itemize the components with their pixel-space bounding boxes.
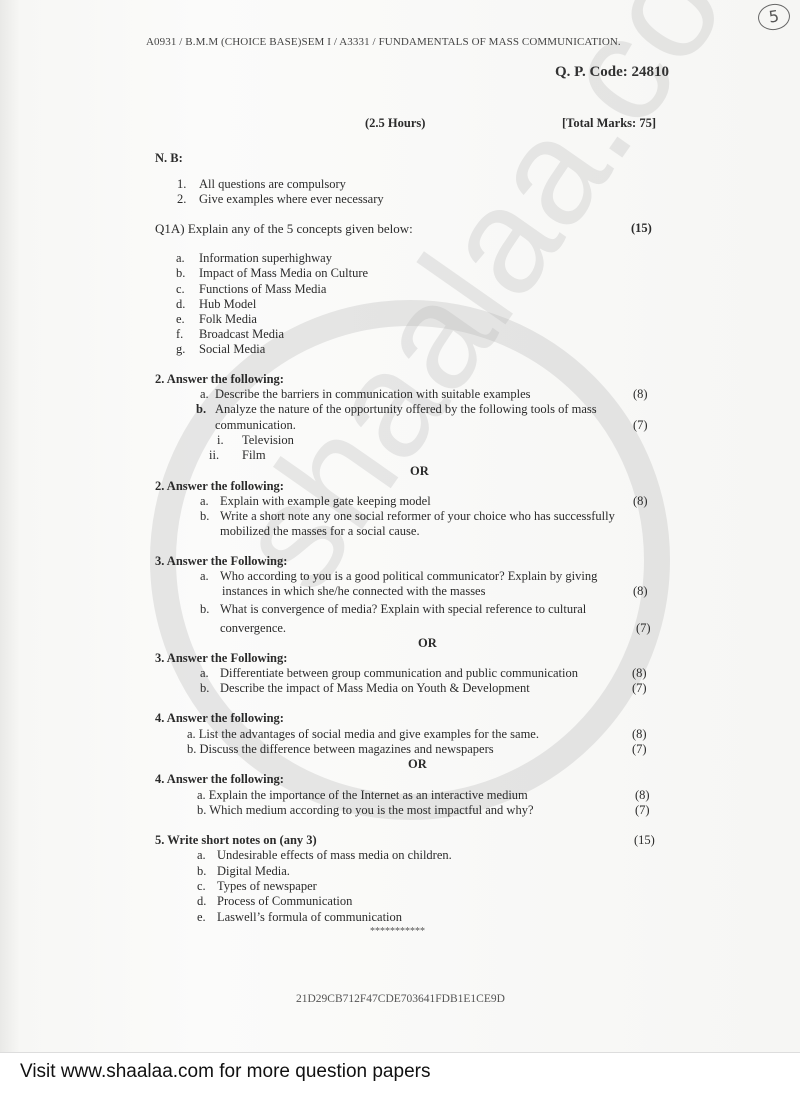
q2-item-label: b. — [196, 402, 206, 417]
document-hash: 21D29CB712F47CDE703641FDB1E1CE9D — [296, 993, 505, 1005]
q5-item-label: d. — [197, 894, 206, 909]
q4-item: a. List the advantages of social media a… — [187, 727, 539, 742]
q5-item: Process of Communication — [217, 894, 352, 909]
footer-link-text[interactable]: Visit www.shaalaa.com for more question … — [20, 1061, 430, 1083]
q3-item-cont: instances in which she/he connected with… — [222, 584, 485, 599]
nb-item-num: 2. — [177, 192, 186, 207]
q5-title: 5. Write short notes on (any 3) — [155, 833, 317, 848]
q3-alt-item: Describe the impact of Mass Media on You… — [220, 681, 530, 696]
q1-item-label: a. — [176, 251, 185, 266]
q2-subitem: Film — [242, 448, 266, 463]
q2-title: 2. Answer the following: — [155, 372, 284, 387]
q1-item-label: d. — [176, 297, 185, 312]
page-number-badge: 5 — [756, 2, 791, 32]
q2-alt-title: 2. Answer the following: — [155, 479, 284, 494]
q1-item: Impact of Mass Media on Culture — [199, 266, 368, 281]
or-divider: OR — [408, 757, 427, 772]
q3-title: 3. Answer the Following: — [155, 554, 287, 569]
q1-item: Hub Model — [199, 297, 256, 312]
scanned-page: shaalaa.com 5 A0931 / B.M.M (CHOICE BASE… — [0, 0, 800, 1052]
q4-alt-title: 4. Answer the following: — [155, 772, 284, 787]
q1-item-label: g. — [176, 342, 185, 357]
q3-alt-item-marks: (7) — [632, 681, 647, 696]
q5-item: Undesirable effects of mass media on chi… — [217, 848, 452, 863]
q2-alt-item-marks: (8) — [633, 494, 648, 509]
q1-title: Q1A) Explain any of the 5 concepts given… — [155, 221, 413, 237]
q4-title: 4. Answer the following: — [155, 711, 284, 726]
q1-marks: (15) — [631, 221, 652, 236]
q4-alt-item: a. Explain the importance of the Interne… — [197, 788, 528, 803]
q5-item-label: e. — [197, 910, 206, 925]
q2-subitem-label: i. — [217, 433, 224, 448]
or-divider: OR — [410, 464, 429, 479]
q3-item: Who according to you is a good political… — [220, 569, 597, 584]
course-line: A0931 / B.M.M (CHOICE BASE)SEM I / A3331… — [146, 36, 621, 48]
q4-alt-item-marks: (7) — [635, 803, 650, 818]
nb-item: All questions are compulsory — [199, 177, 346, 192]
q2-item-marks: (7) — [633, 418, 648, 433]
q3-alt-item: Differentiate between group communicatio… — [220, 666, 578, 681]
q3-alt-item-marks: (8) — [632, 666, 647, 681]
nb-item-num: 1. — [177, 177, 186, 192]
q1-item: Folk Media — [199, 312, 257, 327]
q4-item: b. Discuss the difference between magazi… — [187, 742, 494, 757]
q1-item-label: e. — [176, 312, 185, 327]
end-marker: *********** — [370, 926, 425, 937]
q2-subitem: Television — [242, 433, 294, 448]
q1-item-label: c. — [176, 282, 185, 297]
q3-item-label: b. — [200, 602, 209, 617]
q2-alt-item: Explain with example gate keeping model — [220, 494, 431, 509]
q4-item-marks: (7) — [632, 742, 647, 757]
q2-item: Describe the barriers in communication w… — [215, 387, 531, 402]
q4-item-marks: (8) — [632, 727, 647, 742]
q2-subitem-label: ii. — [209, 448, 219, 463]
q2-item-label: a. — [200, 387, 209, 402]
q3-item-label: a. — [200, 569, 209, 584]
q1-item-label: b. — [176, 266, 185, 281]
q5-item-label: c. — [197, 879, 206, 894]
q1-item: Social Media — [199, 342, 265, 357]
q1-item-label: f. — [176, 327, 183, 342]
q5-item-label: b. — [197, 864, 206, 879]
q3-alt-item-label: a. — [200, 666, 209, 681]
q2-item: Analyze the nature of the opportunity of… — [215, 402, 597, 417]
nb-item: Give examples where ever necessary — [199, 192, 384, 207]
q1-item: Information superhighway — [199, 251, 332, 266]
q1-item: Functions of Mass Media — [199, 282, 326, 297]
q5-item: Laswell’s formula of communication — [217, 910, 402, 925]
q4-alt-item-marks: (8) — [635, 788, 650, 803]
nb-label: N. B: — [155, 151, 183, 166]
q3-item-marks: (8) — [633, 584, 648, 599]
q5-item: Types of newspaper — [217, 879, 317, 894]
q2-alt-item-cont: mobilized the masses for a social cause. — [220, 524, 420, 539]
q5-item: Digital Media. — [217, 864, 290, 879]
q4-alt-item: b. Which medium according to you is the … — [197, 803, 534, 818]
q3-item-cont: convergence. — [220, 621, 286, 636]
q2-item-marks: (8) — [633, 387, 648, 402]
q2-item-cont: communication. — [215, 418, 296, 433]
q2-alt-item-label: b. — [200, 509, 209, 524]
q2-alt-item: Write a short note any one social reform… — [220, 509, 615, 524]
qp-code: Q. P. Code: 24810 — [555, 64, 669, 81]
duration: (2.5 Hours) — [365, 116, 425, 131]
q3-alt-item-label: b. — [200, 681, 209, 696]
or-divider: OR — [418, 636, 437, 651]
total-marks: [Total Marks: 75] — [562, 116, 656, 131]
q5-marks: (15) — [634, 833, 655, 848]
q5-item-label: a. — [197, 848, 206, 863]
q3-item: What is convergence of media? Explain wi… — [220, 602, 586, 617]
q3-alt-title: 3. Answer the Following: — [155, 651, 287, 666]
q1-item: Broadcast Media — [199, 327, 284, 342]
q3-item-marks: (7) — [636, 621, 651, 636]
q2-alt-item-label: a. — [200, 494, 209, 509]
